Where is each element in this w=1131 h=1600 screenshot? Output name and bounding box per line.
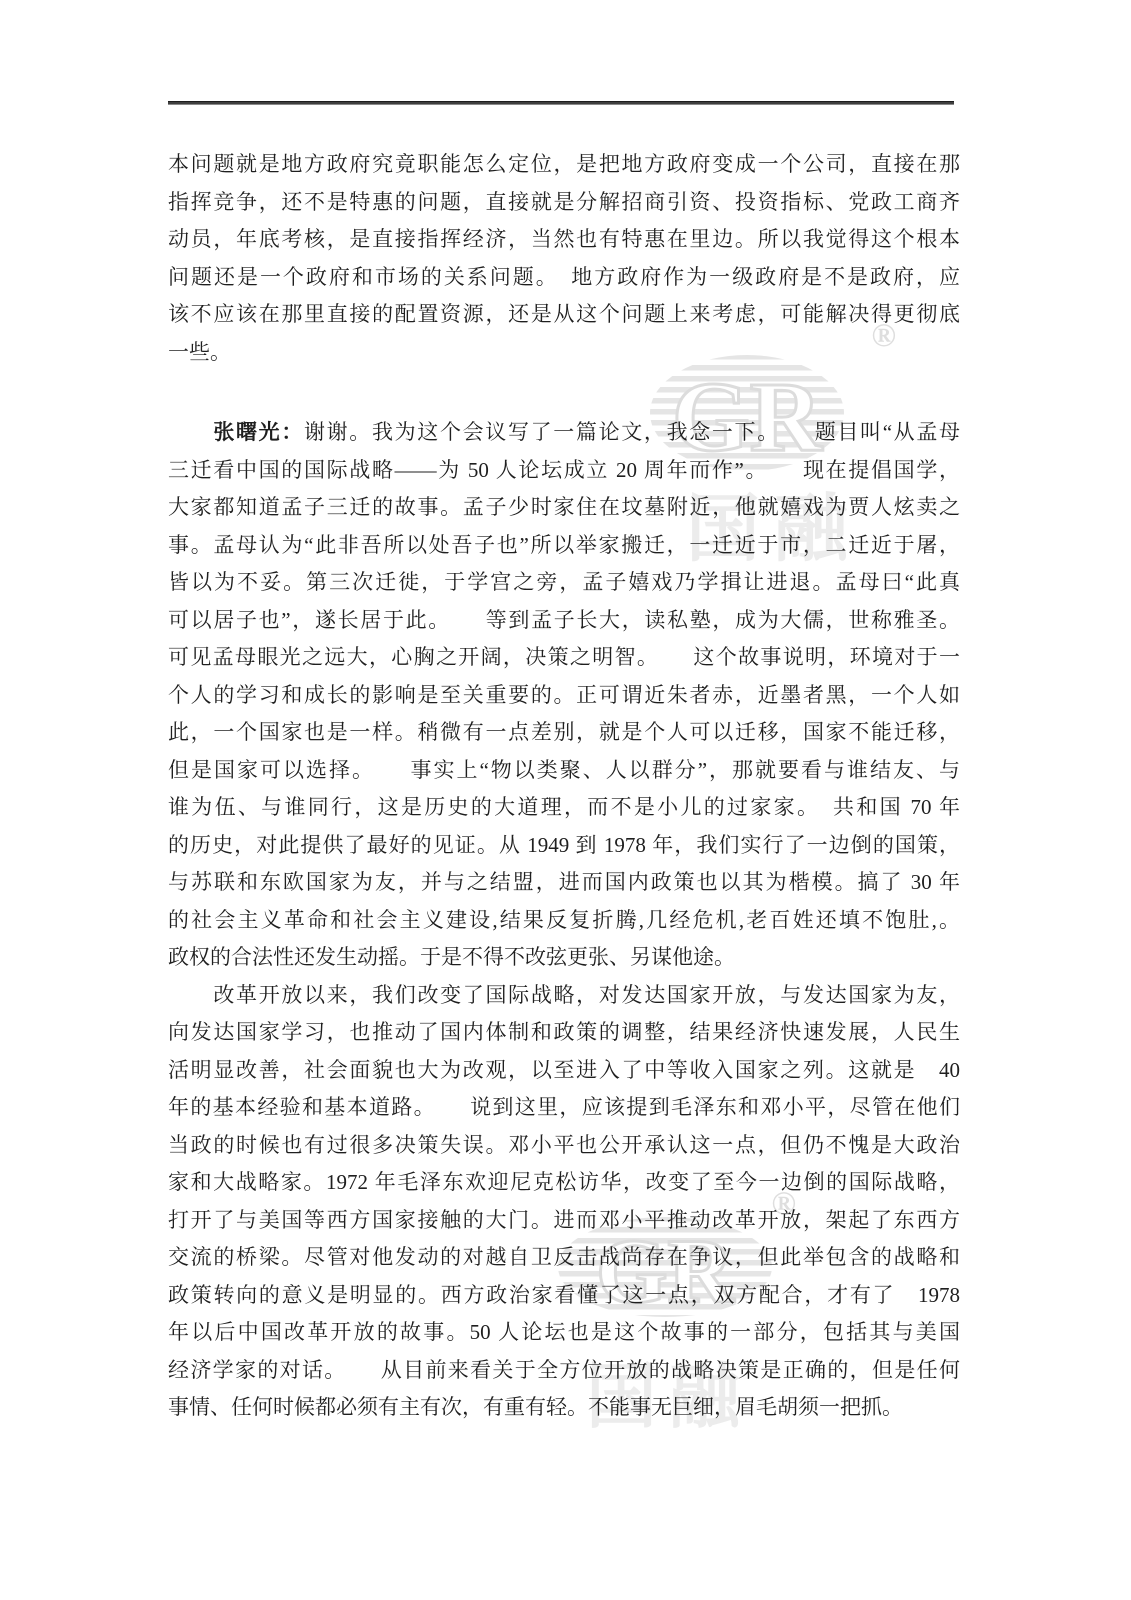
text-line: 政策转向的意义是明显的。西方政治家看懂了这一点，双方配合，才有了 1978 [168, 1277, 960, 1315]
text-line: 经济学家的对话。 从目前来看关于全方位开放的战略决策是正确的，但是任何 [168, 1352, 960, 1390]
text-line: 年以后中国改革开放的故事。50 人论坛也是这个故事的一部分，包括其与美国 [168, 1314, 960, 1352]
text-line: 打开了与美国等西方国家接触的大门。进而邓小平推动改革开放，架起了东西方 [168, 1202, 960, 1240]
text-line: 改革开放以来，我们改变了国际战略，对发达国家开放，与发达国家为友， [168, 977, 960, 1015]
text-line: 的历史，对此提供了最好的见证。从 1949 到 1978 年，我们实行了一边倒的… [168, 827, 960, 865]
text-line: 皆以为不妥。第三次迁徙，于学宫之旁，孟子嬉戏乃学揖让进退。孟母曰“此真 [168, 564, 960, 602]
text-line: 该不应该在那里直接的配置资源，还是从这个问题上来考虑，可能解决得更彻底 [168, 296, 960, 334]
text-line: 年的基本经验和基本道路。 说到这里，应该提到毛泽东和邓小平，尽管在他们 [168, 1089, 960, 1127]
text-line: 可以居子也”，遂长居于此。 等到孟子长大，读私塾，成为大儒，世称雅圣。 [168, 602, 960, 640]
text-line: 交流的桥梁。尽管对他发动的对越自卫反击战尚存在争议，但此举包含的战略和 [168, 1239, 960, 1277]
text-line: 此，一个国家也是一样。稍微有一点差别，就是个人可以迁移，国家不能迁移， [168, 714, 960, 752]
text-line: 家和大战略家。1972 年毛泽东欢迎尼克松访华，改变了至今一边倒的国际战略， [168, 1164, 960, 1202]
text-line: 与苏联和东欧国家为友，并与之结盟，进而国内政策也以其为楷模。搞了 30 年 [168, 864, 960, 902]
header-rule [168, 101, 954, 105]
first-line-indent [168, 420, 213, 444]
paragraph-2: 张曙光：谢谢。我为这个会议写了一篇论文，我念一下。 题目叫“从孟母三迁看中国的国… [168, 414, 960, 977]
text-line: 的社会主义革命和社会主义建设,结果反复折腾,几经危机,老百姓还填不饱肚,。 [168, 902, 960, 940]
text-line: 谁为伍、与谁同行，这是历史的大道理，而不是小儿的过家家。 共和国 70 年 [168, 789, 960, 827]
speaker-name: 张曙光： [213, 420, 304, 444]
text-line: 但是国家可以选择。 事实上“物以类聚、人以群分”，那就要看与谁结友、与 [168, 752, 960, 790]
text-line: 事。孟母认为“此非吾所以处吾子也”所以举家搬迁，一迁近于市，二迁近于屠， [168, 527, 960, 565]
text-line: 个人的学习和成长的影响是至关重要的。正可谓近朱者赤，近墨者黑，一个人如 [168, 677, 960, 715]
text-line: 活明显改善，社会面貌也大为改观，以至进入了中等收入国家之列。这就是 40 [168, 1052, 960, 1090]
text-line: 三迁看中国的国际战略——为 50 人论坛成立 20 周年而作”。 现在提倡国学， [168, 452, 960, 490]
text-line: 向发达国家学习，也推动了国内体制和政策的调整，结果经济快速发展，人民生 [168, 1014, 960, 1052]
paragraph-1: 本问题就是地方政府究竟职能怎么定位，是把地方政府变成一个公司，直接在那指挥竞争，… [168, 146, 960, 371]
text-line: 事情、任何时候都必须有主有次，有重有轻。不能事无巨细，眉毛胡须一把抓。 [168, 1389, 960, 1427]
text-line: 当政的时候也有过很多决策失误。邓小平也公开承认这一点，但仍不愧是大政治 [168, 1127, 960, 1165]
text-line: 可见孟母眼光之远大，心胸之开阔，决策之明智。 这个故事说明，环境对于一 [168, 639, 960, 677]
text-line: 大家都知道孟子三迁的故事。孟子少时家住在坟墓附近，他就嬉戏为贾人炫卖之 [168, 489, 960, 527]
document-body: 本问题就是地方政府究竟职能怎么定位，是把地方政府变成一个公司，直接在那指挥竞争，… [168, 146, 960, 1427]
paragraph-3: 改革开放以来，我们改变了国际战略，对发达国家开放，与发达国家为友，向发达国家学习… [168, 977, 960, 1427]
text-line: 本问题就是地方政府究竟职能怎么定位，是把地方政府变成一个公司，直接在那 [168, 146, 960, 184]
text-line: 指挥竞争，还不是特惠的问题，直接就是分解招商引资、投资指标、党政工商齐 [168, 184, 960, 222]
document-page: ® GR 国融 ® GR 国融 [0, 0, 1131, 1600]
text-line: 张曙光：谢谢。我为这个会议写了一篇论文，我念一下。 题目叫“从孟母 [168, 414, 960, 452]
text-line: 问题还是一个政府和市场的关系问题。 地方政府作为一级政府是不是政府，应 [168, 259, 960, 297]
text-line: 一些。 [168, 334, 960, 372]
text-line: 动员，年底考核，是直接指挥经济，当然也有特惠在里边。所以我觉得这个根本 [168, 221, 960, 259]
text-line: 政权的合法性还发生动摇。于是不得不改弦更张、另谋他途。 [168, 939, 960, 977]
